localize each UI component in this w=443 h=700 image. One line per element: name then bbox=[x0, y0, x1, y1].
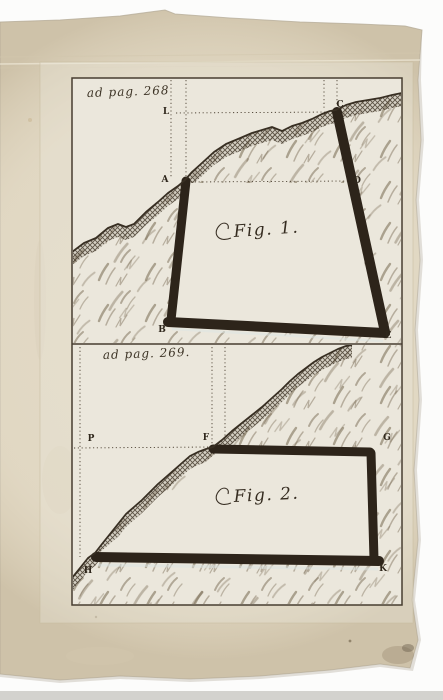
background-strip bbox=[0, 691, 443, 700]
fig2-floor-HK bbox=[96, 557, 379, 561]
point-label-D: D bbox=[353, 176, 361, 186]
fig2-roof-FG bbox=[213, 449, 370, 452]
point-label-F: F bbox=[203, 433, 210, 443]
engraving-scene: ad pag. 268 Fig. 1. L C A D B E bbox=[0, 0, 443, 700]
fig2-label: Fig. 2. bbox=[232, 484, 300, 507]
fig1-excavation-interior bbox=[176, 183, 376, 328]
point-label-C: C bbox=[336, 100, 343, 110]
point-label-B: B bbox=[158, 325, 166, 335]
point-label-E: E bbox=[385, 331, 392, 341]
point-label-H: H bbox=[84, 566, 93, 576]
point-label-P: P bbox=[88, 434, 95, 444]
photo-of-engraved-plate: ad pag. 268 Fig. 1. L C A D B E bbox=[0, 0, 443, 700]
fig2-wall-GK bbox=[371, 453, 374, 559]
fig1-caption: ad pag. 268 bbox=[87, 83, 170, 100]
point-label-K: K bbox=[379, 564, 388, 574]
point-label-L: L bbox=[163, 107, 170, 117]
point-label-A: A bbox=[161, 175, 170, 185]
fig2-panel: ad pag. 269. Fig. 2. P F G H K bbox=[72, 344, 402, 605]
point-label-G: G bbox=[383, 433, 391, 443]
